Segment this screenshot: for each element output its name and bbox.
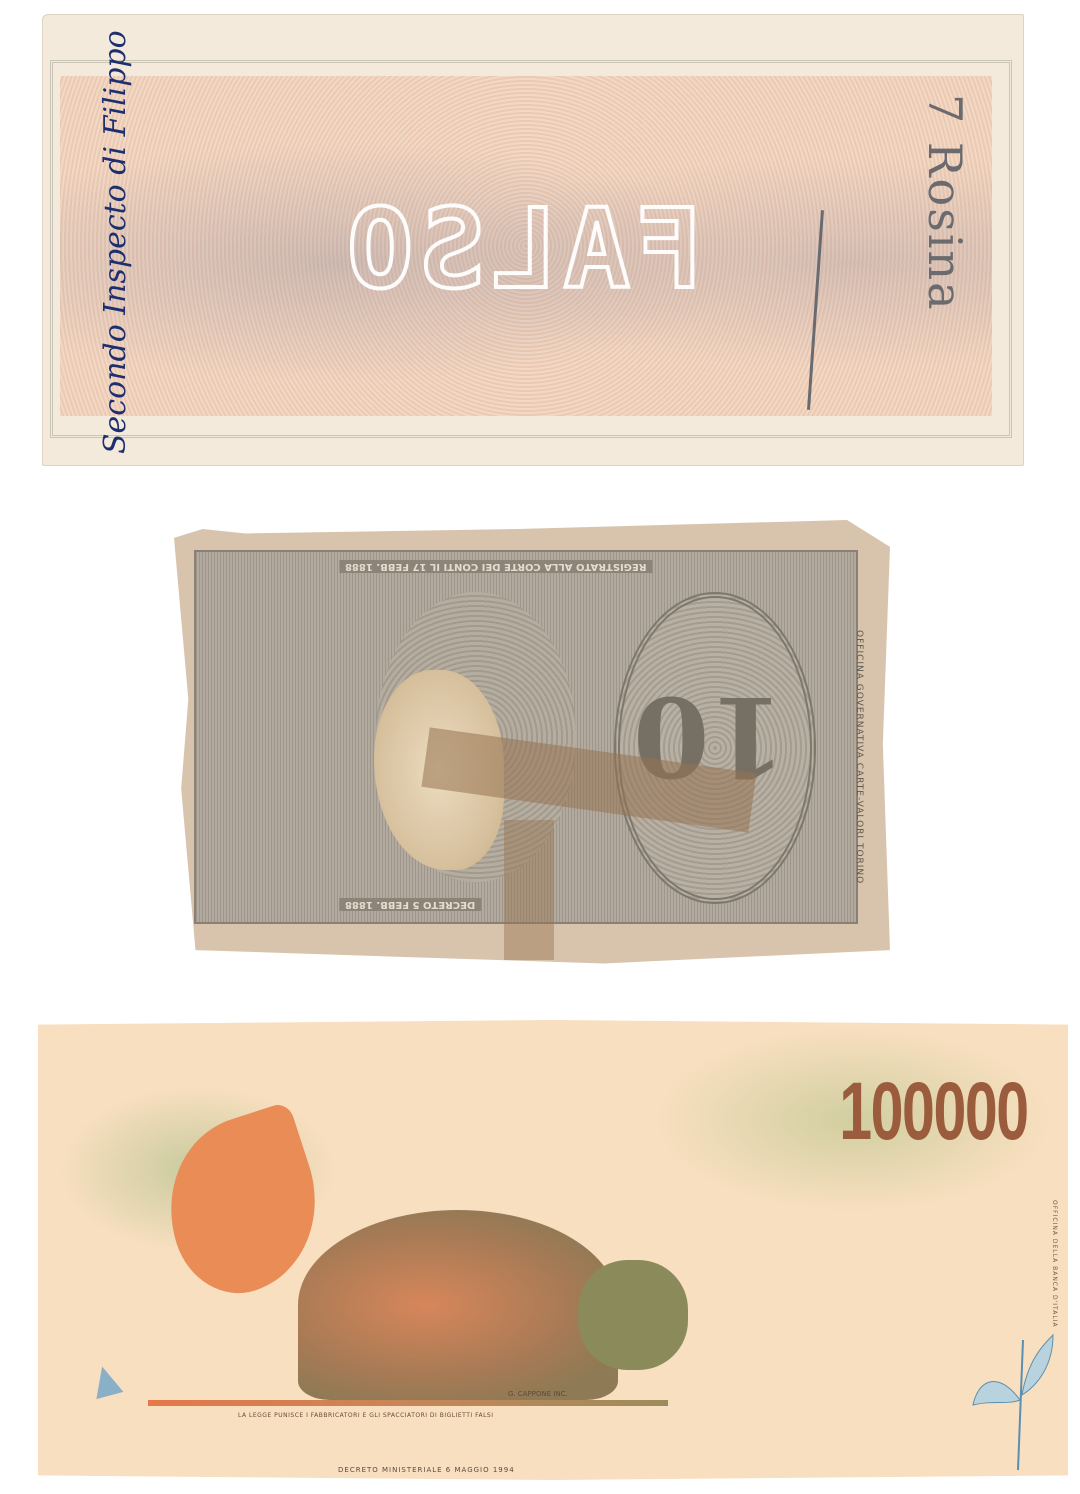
sprout-icon [968,1320,1058,1470]
ink-handwriting: Secondo Inspecto di Filippo [88,134,228,454]
blue-triangle-mark [89,1363,124,1399]
printer-imprint: OFFICINA GOVERNATIVA CARTE-VALORI TORINO [854,630,864,884]
illustration-base-band [148,1400,668,1406]
pencil-text: 7 Rosina [918,94,972,312]
fruit-basket-illustration [148,1100,668,1400]
decree-line: DECRETO 5 FEBB. 1888 [339,898,481,911]
banknote-10-lire-reverse: 10 REGISTRATO ALLA CORTE DEI CONTI IL 17… [174,520,890,968]
banknote-old-lira-reverse: FALSO Secondo Inspecto di Filippo 7 Rosi… [42,14,1024,466]
banknote-100000-lire-reverse: 100000 G. CAPPONE INC. LA LEGGE PUNISCE … [38,1020,1068,1480]
denomination-text: 100000 [840,1065,1028,1159]
perforated-cancellation: FALSO [352,174,692,324]
grape-leaf [578,1260,688,1370]
decree-text: DECRETO MINISTERIALE 6 MAGGIO 1994 [338,1466,515,1474]
handwritten-inscription: Secondo Inspecto di Filippo [98,30,133,454]
printer-imprint: OFFICINA DELLA BANCA D'ITALIA [1051,1200,1058,1328]
basket [298,1210,618,1400]
tape-repair-vertical [504,820,554,960]
engraver-credit: G. CAPPONE INC. [508,1390,568,1398]
counterfeit-warning: LA LEGGE PUNISCE I FABBRICATORI E GLI SP… [238,1412,494,1419]
pencil-marking: 7 Rosina [902,94,982,466]
registration-line: REGISTRATO ALLA CORTE DEI CONTI IL 17 FE… [339,560,652,573]
perforation-text: FALSO [341,185,702,313]
